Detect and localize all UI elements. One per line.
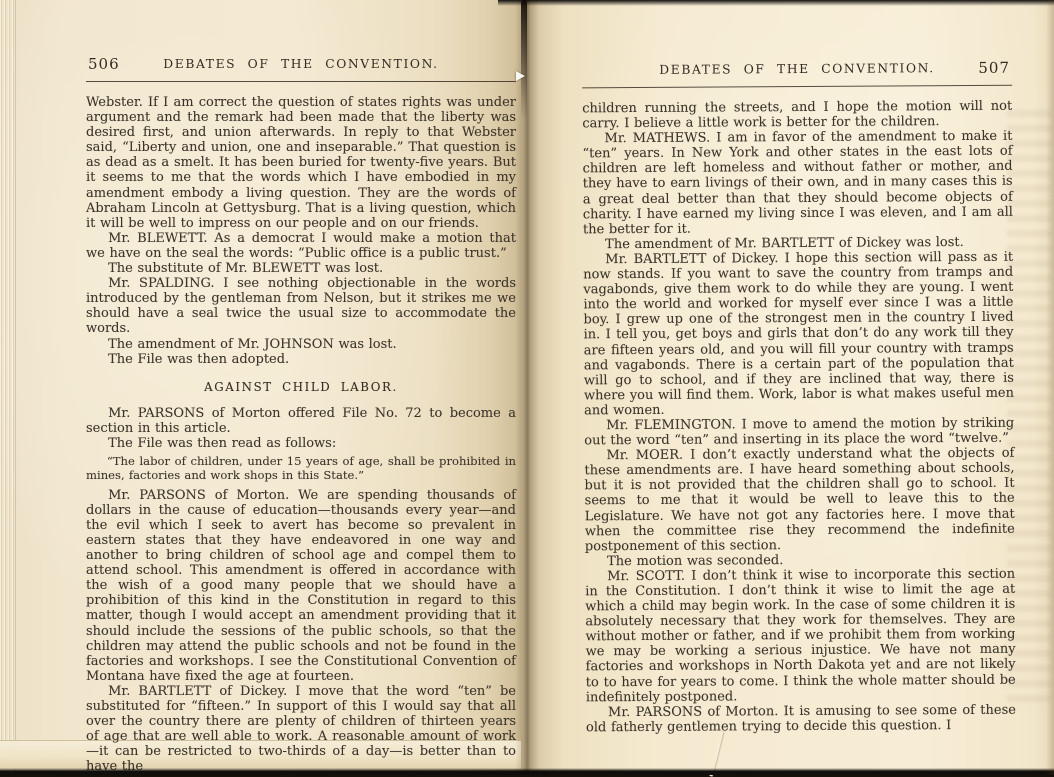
- running-header: DEBATES OF THE CONVENTION.: [582, 59, 1012, 78]
- paragraph: Mr. BARTLETT of Dickey. I move that the …: [86, 684, 516, 775]
- file-quote: “The labor of children, under 15 years o…: [86, 455, 516, 483]
- paragraph: children running the streets, and I hope…: [582, 99, 1012, 132]
- running-header: DEBATES OF THE CONVENTION.: [86, 55, 516, 71]
- right-page-body: children running the streets, and I hope…: [582, 99, 1016, 736]
- paragraph: Mr. BLEWETT. As a democrat I would make …: [86, 231, 516, 261]
- paragraph: Mr. BARTLETT of Dickey. I hope this sect…: [583, 250, 1014, 419]
- scan-edge-right: [1046, 0, 1054, 775]
- section-heading: AGAINST CHILD LABOR.: [86, 380, 516, 395]
- paragraph: Mr. FLEMINGTON. I move to amend the moti…: [584, 416, 1014, 449]
- cursor-icon: [516, 71, 525, 81]
- left-page-header: 506 DEBATES OF THE CONVENTION.: [86, 55, 516, 75]
- book-spread: 506 DEBATES OF THE CONVENTION. Webster. …: [0, 0, 1054, 775]
- page-edge-strip: [0, 0, 16, 775]
- paragraph: The File was then adopted.: [86, 352, 516, 367]
- paragraph: Mr. SCOTT. I don’t think it wise to inco…: [585, 567, 1016, 705]
- page-number: 507: [978, 59, 1010, 77]
- scan-edge-bottom: [0, 768, 1054, 775]
- paragraph: Mr. SPALDING. I see nothing objectionabl…: [86, 276, 516, 336]
- right-page-header: DEBATES OF THE CONVENTION. 507: [582, 59, 1012, 82]
- left-page: 506 DEBATES OF THE CONVENTION. Webster. …: [0, 0, 527, 775]
- spine-top-shadow: [521, 0, 527, 120]
- scan-edge-top: [498, 0, 1054, 6]
- right-page: DEBATES OF THE CONVENTION. 507 children …: [527, 0, 1054, 775]
- paragraph: The amendment of Mr. JOHNSON was lost.: [86, 337, 516, 352]
- header-rule: [582, 85, 1012, 89]
- header-rule: [86, 81, 516, 82]
- paragraph: Mr. PARSONS of Morton. It is amusing to …: [586, 702, 1016, 735]
- left-text-column: 506 DEBATES OF THE CONVENTION. Webster. …: [86, 55, 516, 774]
- paragraph: Mr. MATHEWS. I am in favor of the amendm…: [582, 129, 1013, 237]
- paragraph: Mr. MOER. I don’t exactly understand wha…: [584, 446, 1015, 554]
- left-page-body: Webster. If I am correct the question of…: [86, 95, 516, 774]
- paragraph: Webster. If I am correct the question of…: [86, 95, 516, 231]
- right-text-column: DEBATES OF THE CONVENTION. 507 children …: [582, 59, 1016, 736]
- paragraph: Mr. PARSONS of Morton offered File No. 7…: [86, 406, 516, 436]
- paragraph: The File was then read as follows:: [86, 436, 516, 451]
- paragraph: Mr. PARSONS of Morton. We are spending t…: [86, 488, 516, 684]
- paragraph: The substitute of Mr. BLEWETT was lost.: [86, 261, 516, 276]
- page-number: 506: [88, 55, 120, 73]
- spine-gutter-shadow: [515, 0, 539, 775]
